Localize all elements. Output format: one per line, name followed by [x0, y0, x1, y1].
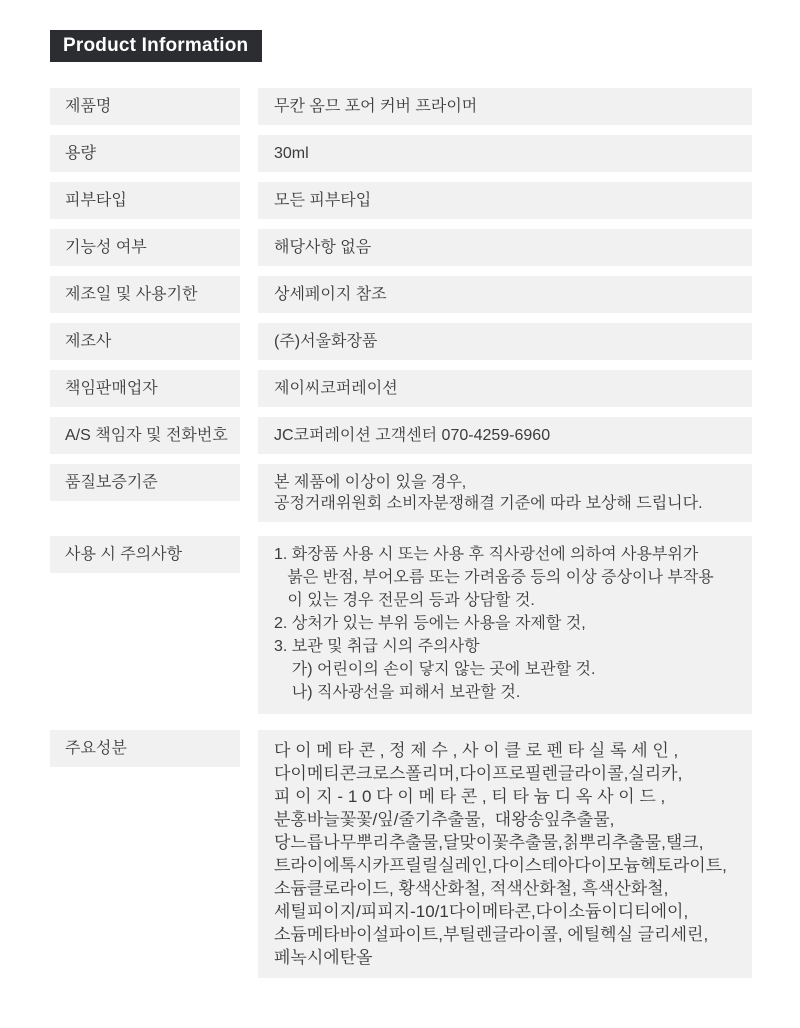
field-value-responsible-seller: 제이씨코퍼레이션 [258, 370, 752, 407]
field-label-warranty-standard: 품질보증기준 [50, 464, 240, 501]
field-label-functional-status: 기능성 여부 [50, 229, 240, 266]
field-value-skin-type: 모든 피부타입 [258, 182, 752, 219]
field-label-volume: 용량 [50, 135, 240, 172]
field-label-manufacturer: 제조사 [50, 323, 240, 360]
field-label-main-ingredients: 주요성분 [50, 730, 240, 767]
field-value-main-ingredients: 다 이 메 타 콘 , 정 제 수 , 사 이 클 로 펜 타 실 록 세 인 … [258, 730, 752, 978]
table-row-mfg-date-expiry: 제조일 및 사용기한 상세페이지 참조 [50, 276, 752, 313]
product-information-page: Product Information 제품명 무칸 옴므 포어 커버 프라이머… [0, 0, 800, 1028]
field-label-mfg-date-expiry: 제조일 및 사용기한 [50, 276, 240, 313]
field-value-volume: 30ml [258, 135, 752, 172]
table-row-warranty-standard: 품질보증기준 본 제품에 이상이 있을 경우, 공정거래위원회 소비자분쟁해결 … [50, 464, 752, 522]
field-label-usage-precautions: 사용 시 주의사항 [50, 536, 240, 573]
field-value-manufacturer: (주)서울화장품 [258, 323, 752, 360]
table-row-responsible-seller: 책임판매업자 제이씨코퍼레이션 [50, 370, 752, 407]
section-title: Product Information [50, 30, 262, 62]
field-value-product-name: 무칸 옴므 포어 커버 프라이머 [258, 88, 752, 125]
field-label-responsible-seller: 책임판매업자 [50, 370, 240, 407]
table-row-functional-status: 기능성 여부 해당사항 없음 [50, 229, 752, 266]
table-row-product-name: 제품명 무칸 옴므 포어 커버 프라이머 [50, 88, 752, 125]
field-value-functional-status: 해당사항 없음 [258, 229, 752, 266]
table-row-manufacturer: 제조사 (주)서울화장품 [50, 323, 752, 360]
table-row-usage-precautions: 사용 시 주의사항 1. 화장품 사용 시 또는 사용 후 직사광선에 의하여 … [50, 536, 752, 714]
field-value-mfg-date-expiry: 상세페이지 참조 [258, 276, 752, 313]
table-row-as-contact: A/S 책임자 및 전화번호 JC코퍼레이션 고객센터 070-4259-696… [50, 417, 752, 454]
table-row-skin-type: 피부타입 모든 피부타입 [50, 182, 752, 219]
field-label-product-name: 제품명 [50, 88, 240, 125]
field-value-warranty-standard: 본 제품에 이상이 있을 경우, 공정거래위원회 소비자분쟁해결 기준에 따라 … [258, 464, 752, 522]
table-row-main-ingredients: 주요성분 다 이 메 타 콘 , 정 제 수 , 사 이 클 로 펜 타 실 록… [50, 730, 752, 978]
field-value-usage-precautions: 1. 화장품 사용 시 또는 사용 후 직사광선에 의하여 사용부위가 붉은 반… [258, 536, 752, 714]
table-row-volume: 용량 30ml [50, 135, 752, 172]
field-value-as-contact: JC코퍼레이션 고객센터 070-4259-6960 [258, 417, 752, 454]
field-label-skin-type: 피부타입 [50, 182, 240, 219]
field-label-as-contact: A/S 책임자 및 전화번호 [50, 417, 240, 454]
product-info-table: 제품명 무칸 옴므 포어 커버 프라이머 용량 30ml 피부타입 모든 피부타… [50, 88, 752, 978]
